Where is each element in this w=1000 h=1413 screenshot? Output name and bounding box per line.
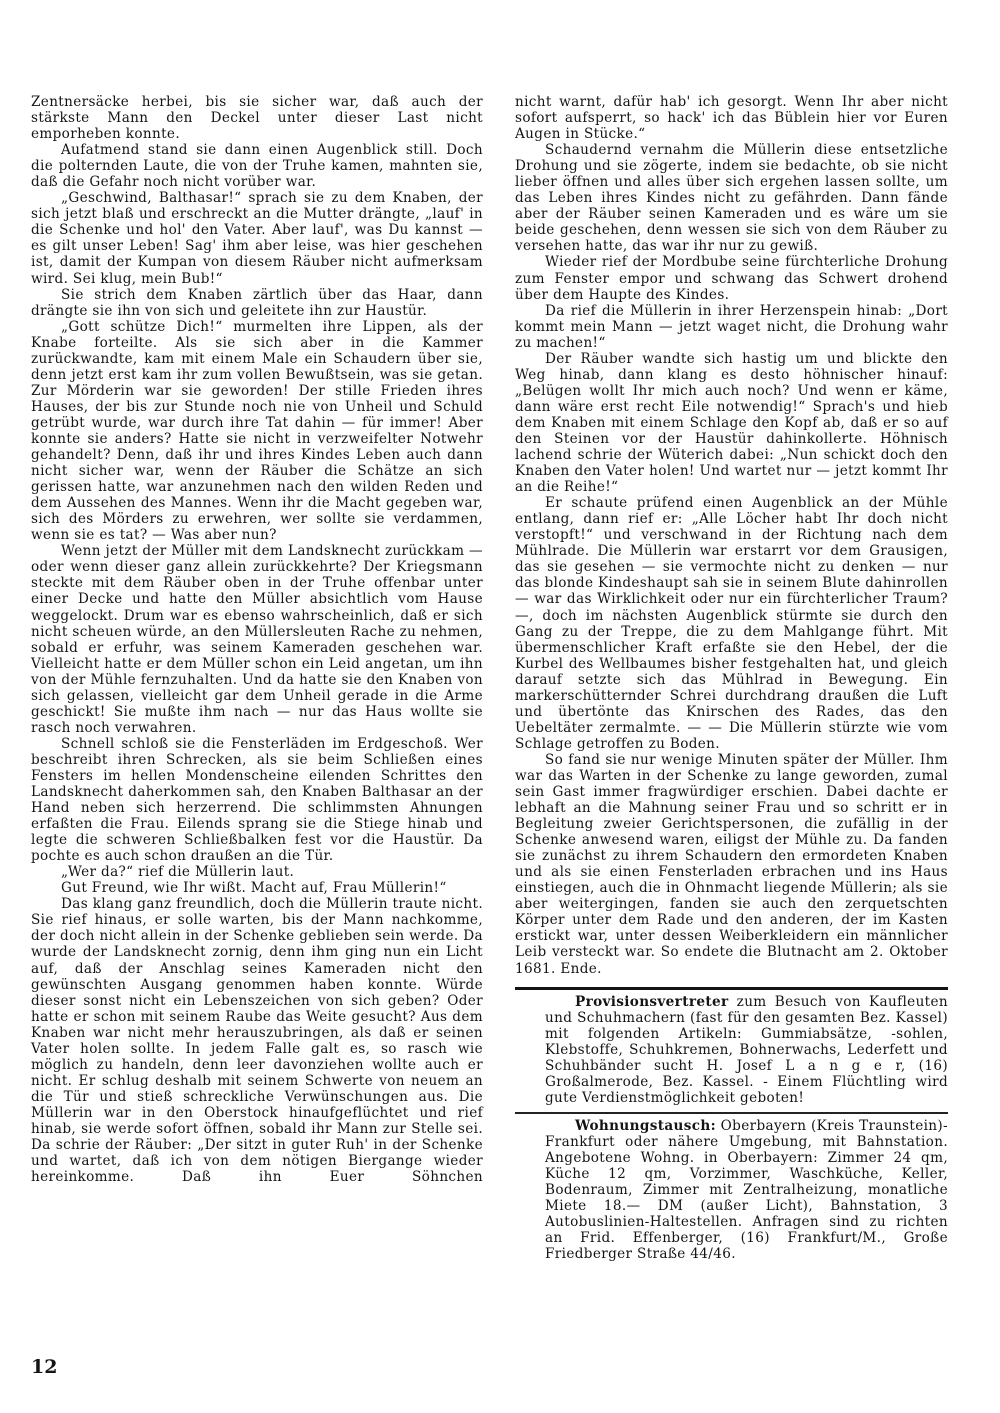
- story-paragraph: Das klang ganz freundlich, doch die Müll…: [31, 896, 483, 1185]
- story-paragraph: Gut Freund, wie Ihr wißt. Macht auf, Fra…: [31, 880, 483, 896]
- story-paragraph: Schnell schloß sie die Fensterläden im E…: [31, 736, 483, 864]
- page-number: 12: [31, 1356, 57, 1378]
- story-paragraph: Der Räuber wandte sich hastig um und bli…: [515, 351, 948, 495]
- ad-divider: [515, 1112, 948, 1114]
- story-paragraph: So fand sie nur wenige Minuten später de…: [515, 752, 948, 977]
- ad-heading: Provisionsvertreter: [575, 994, 728, 1010]
- story-column-right: nicht warnt, dafür hab' ich gesorgt. Wen…: [515, 94, 948, 1262]
- story-paragraph: Aufatmend stand sie dann einen Augenblic…: [31, 142, 483, 190]
- story-paragraph: „Geschwind, Balthasar!“ sprach sie zu de…: [31, 190, 483, 286]
- story-paragraph: Wenn jetzt der Müller mit dem Landsknech…: [31, 543, 483, 736]
- ad-heading: Wohnungstausch:: [575, 1118, 716, 1134]
- story-paragraph: Zentnersäcke herbei, bis sie sicher war,…: [31, 94, 483, 142]
- story-paragraph: Er schaute prüfend einen Augenblick an d…: [515, 495, 948, 752]
- classified-ad-apartment-swap: Wohnungstausch: Oberbayern (Kreis Trauns…: [515, 1118, 948, 1262]
- story-paragraph: Sie strich dem Knaben zärtlich über das …: [31, 287, 483, 319]
- ad-body: zum Besuch von Kaufleuten und Schuhmache…: [545, 994, 948, 1106]
- story-paragraph: Schaudernd vernahm die Müllerin diese en…: [515, 142, 948, 254]
- section-divider: [515, 987, 948, 990]
- story-paragraph: nicht warnt, dafür hab' ich gesorgt. Wen…: [515, 94, 948, 142]
- classified-ad-sales-rep: Provisionsvertreter zum Besuch von Kaufl…: [515, 994, 948, 1106]
- story-paragraph: Wieder rief der Mordbube seine fürchterl…: [515, 254, 948, 302]
- story-paragraph: „Gott schütze Dich!“ murmelten ihre Lipp…: [31, 319, 483, 544]
- story-column-left: Zentnersäcke herbei, bis sie sicher war,…: [31, 94, 483, 1185]
- story-paragraph: „Wer da?“ rief die Müllerin laut.: [31, 864, 483, 880]
- ad-body: Oberbayern (Kreis Traunstein)-Frankfurt …: [545, 1118, 948, 1262]
- story-paragraph: Da rief die Müllerin in ihrer Herzenspei…: [515, 303, 948, 351]
